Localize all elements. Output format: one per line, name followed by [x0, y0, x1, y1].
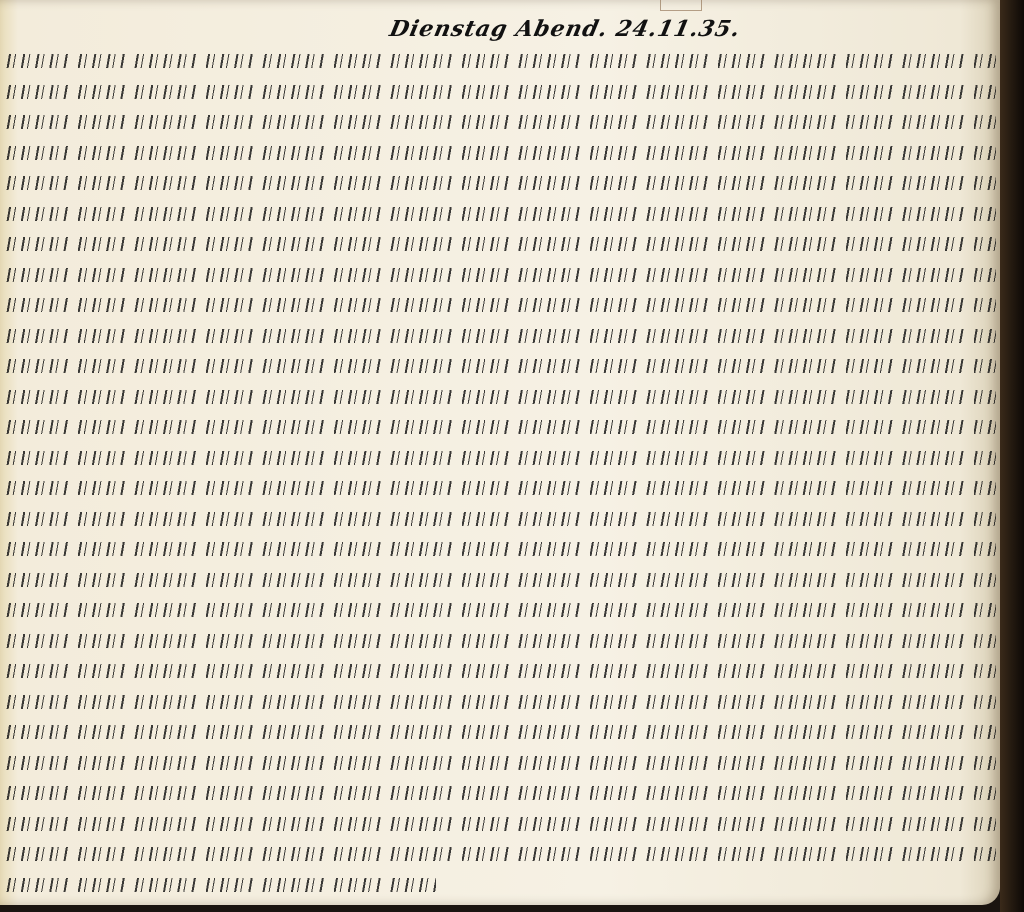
ink-stroke — [6, 695, 996, 709]
handwritten-line: Alle ... waren da. ... und es ging wie .… — [6, 168, 996, 199]
ink-stroke — [6, 298, 996, 312]
handwritten-line: Heute Abend ... Jetzt sollten wir eigent… — [6, 46, 996, 77]
handwritten-line: ... kam er auch. ... ich ... — [6, 321, 996, 352]
ink-stroke — [6, 603, 996, 617]
ink-stroke — [6, 420, 996, 434]
ink-stroke — [6, 237, 996, 251]
diary-page: Dienstag Abend. 24.11.35. Heute Abend ..… — [0, 0, 1000, 905]
handwritten-line: ..., er wollte ... ich sollte ... — [6, 595, 996, 626]
handwritten-line: einmal, ich konnte meine ... nicht ... — [6, 199, 996, 230]
handwritten-line: ..., jeder ... ein Lied ... Jeder hatte … — [6, 260, 996, 291]
handwritten-line: wie er immer ..., wenn ich ... mit ... — [6, 382, 996, 413]
ink-stroke — [6, 573, 996, 587]
ink-stroke — [6, 176, 996, 190]
handwritten-line: ... wie ... Menschen ... — [6, 656, 996, 687]
handwritten-line: ... nicht ... Und du sagtest ... — [6, 504, 996, 535]
handwritten-line: ... über den ... — [6, 443, 996, 474]
handwritten-line: ich ... — Dann waren wir 3 allein. ... w… — [6, 687, 996, 718]
handwritten-line: ... Männer ... ,Ich hätte ja meinen — [6, 839, 996, 870]
ink-stroke — [6, 451, 996, 465]
ink-stroke — [6, 481, 996, 495]
handwritten-line: mal weg." — Dann ... in der Tür ... — — [6, 534, 996, 565]
ink-stroke — [6, 786, 996, 800]
handwritten-line: dem ... nicht ... Zum ... dann ... — [6, 229, 996, 260]
handwritten-line: ... — Ich war ja auch so ... — [6, 473, 996, 504]
book-spine — [1000, 0, 1024, 912]
handwritten-line: ... auch nicht länger ... die ... — ... — [6, 290, 996, 321]
ink-stroke — [6, 390, 996, 404]
ink-stroke — [6, 756, 996, 770]
handwritten-line: Ich bin eigentlich ganz ... ich glaube, … — [6, 565, 996, 596]
page-corner-mark — [660, 0, 702, 11]
ink-stroke — [6, 542, 996, 556]
ink-stroke — [6, 85, 996, 99]
handwritten-line: ... niemand — [6, 778, 996, 809]
ink-stroke — [6, 207, 996, 221]
ink-stroke — [6, 725, 996, 739]
entry-heading: Dienstag Abend. 24.11.35. — [387, 16, 743, 42]
ink-stroke — [6, 268, 996, 282]
handwritten-line: 12, als ich ... — ... — [6, 809, 996, 840]
handwritten-line: ... Und dann ... Hochzeit ... — [6, 717, 996, 748]
ink-stroke — [6, 359, 996, 373]
handwritten-line: ... morgen ... wir ... Gott. — Ach, wenn… — [6, 138, 996, 169]
handwritten-text-block: Heute Abend ... Jetzt sollten wir eigent… — [6, 46, 996, 900]
ink-stroke — [6, 847, 996, 861]
ink-stroke — [6, 878, 436, 892]
ink-stroke — [6, 115, 996, 129]
handwritten-line: ... nicht ... immer — [6, 107, 996, 138]
handwritten-line: brauchte ihm nicht ins Ohr zu flüstern .… — [6, 351, 996, 382]
handwritten-line: ... Hochzeit. — ... meinte, ihr Hochzeit… — [6, 748, 996, 779]
ink-stroke — [6, 512, 996, 526]
handwritten-line: ... die Mami ... weil ... Geburtstag hat… — [6, 77, 996, 108]
ink-stroke — [6, 54, 996, 68]
ink-stroke — [6, 817, 996, 831]
ink-stroke — [6, 146, 996, 160]
ink-stroke — [6, 634, 996, 648]
handwritten-line: ... — ... — ... mit dem ... — [6, 626, 996, 657]
handwritten-line: mein ... Wenn er doch wüßte, wie ... — A… — [6, 412, 996, 443]
ink-stroke — [6, 664, 996, 678]
handwritten-line: Wie wird nur alles noch mit uns? — ? — — [6, 870, 996, 901]
ink-stroke — [6, 329, 996, 343]
